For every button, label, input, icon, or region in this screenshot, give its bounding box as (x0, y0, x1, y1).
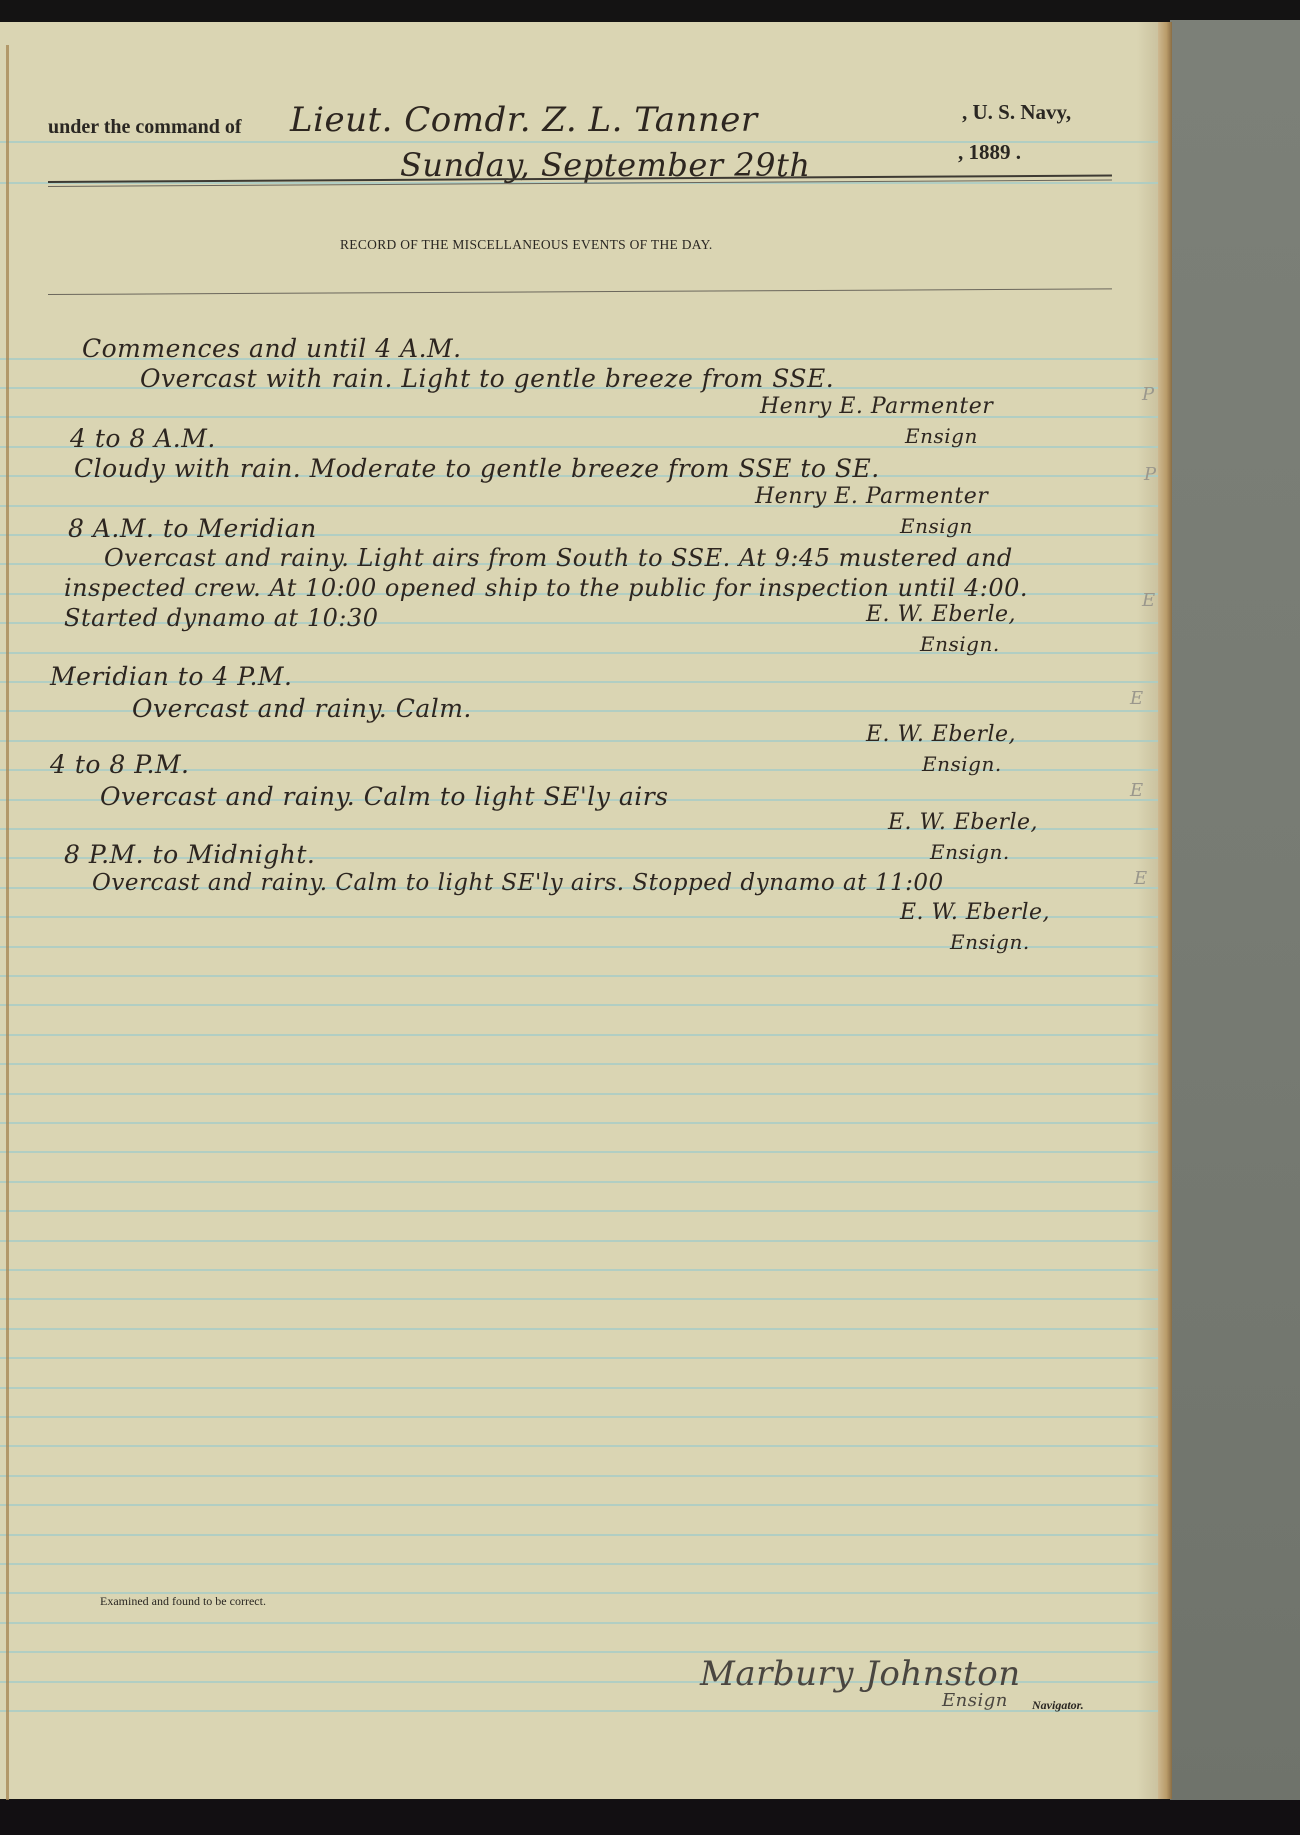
ruled-line (0, 1563, 1158, 1565)
margin-mark: P (1142, 384, 1154, 405)
entry-text: Cloudy with rain. Moderate to gentle bre… (74, 454, 880, 483)
officer-rank: Ensign. (920, 632, 1000, 656)
section-divider (48, 288, 1112, 295)
scan-bottom-border (0, 1800, 1300, 1835)
ruled-line (0, 1328, 1158, 1330)
ruled-line (0, 1034, 1158, 1036)
watch-heading: 8 A.M. to Meridian (68, 514, 317, 543)
entry-text: Started dynamo at 10:30 (64, 604, 378, 632)
entry-text: Overcast and rainy. Light airs from Sout… (104, 544, 1013, 572)
examined-label: Examined and found to be correct. (100, 1594, 266, 1609)
ruled-line (0, 1269, 1158, 1271)
entry-text: Overcast with rain. Light to gentle bree… (140, 364, 834, 393)
watch-heading: 8 P.M. to Midnight. (64, 840, 315, 869)
watch-heading: Commences and until 4 A.M. (82, 334, 462, 363)
page-left-edge (6, 45, 9, 1800)
scan-top-border (0, 0, 1300, 22)
ruled-line (0, 1387, 1158, 1389)
watch-heading: 4 to 8 A.M. (70, 424, 216, 453)
officer-rank: Ensign (900, 514, 973, 538)
command-prefix-label: under the command of (48, 116, 242, 139)
margin-mark: E (1142, 590, 1155, 611)
scan-backing-board (1170, 20, 1300, 1802)
entry-text: Overcast and rainy. Calm. (132, 694, 472, 723)
year-label: , 1889 . (958, 140, 1021, 165)
navigator-rank: Ensign (942, 1690, 1008, 1711)
ruled-line (0, 1210, 1158, 1212)
officer-rank: Ensign. (950, 930, 1030, 954)
ruled-line (0, 1004, 1158, 1006)
ruled-line (0, 1504, 1158, 1506)
ruled-line (0, 1651, 1158, 1653)
officer-signature: Henry E. Parmenter (755, 484, 988, 509)
officer-signature: E. W. Eberle, (888, 810, 1038, 835)
margin-mark: P (1144, 464, 1156, 485)
navigator-signature: Marbury Johnston (700, 1654, 1021, 1694)
ruled-line (0, 1416, 1158, 1418)
ruled-line (0, 1151, 1158, 1153)
ruled-line (0, 1357, 1158, 1359)
ruled-line (0, 1445, 1158, 1447)
watch-heading: 4 to 8 P.M. (50, 750, 190, 779)
page-right-edge (1158, 22, 1172, 1799)
section-title: RECORD OF THE MISCELLANEOUS EVENTS OF TH… (340, 237, 713, 253)
ruled-line (0, 1240, 1158, 1242)
ruled-line (0, 975, 1158, 977)
margin-mark: E (1130, 688, 1143, 709)
officer-rank: Ensign. (922, 752, 1002, 776)
ruled-line (0, 1181, 1158, 1183)
officer-rank: Ensign (905, 424, 978, 448)
watch-heading: Meridian to 4 P.M. (50, 662, 292, 691)
officer-signature: E. W. Eberle, (866, 602, 1016, 627)
ruled-line (0, 1622, 1158, 1624)
ruled-line (0, 1093, 1158, 1095)
entry-text: inspected crew. At 10:00 opened ship to … (64, 574, 1028, 602)
entry-text: Overcast and rainy. Calm to light SE'ly … (92, 870, 944, 896)
service-label: , U. S. Navy, (962, 100, 1071, 125)
entry-text: Overcast and rainy. Calm to light SE'ly … (100, 782, 669, 811)
margin-mark: E (1134, 868, 1147, 889)
ruled-line (0, 1475, 1158, 1477)
officer-signature: E. W. Eberle, (900, 900, 1050, 925)
ruled-line (0, 1534, 1158, 1536)
officer-rank: Ensign. (930, 840, 1010, 864)
logbook-page: under the command of Lieut. Comdr. Z. L.… (0, 22, 1172, 1799)
officer-signature: Henry E. Parmenter (760, 394, 993, 419)
navigator-label: Navigator. (1032, 1698, 1084, 1713)
commander-name: Lieut. Comdr. Z. L. Tanner (290, 100, 758, 140)
ruled-line (0, 1298, 1158, 1300)
margin-mark: E (1130, 780, 1143, 801)
ruled-line (0, 1063, 1158, 1065)
ruled-line (0, 1122, 1158, 1124)
officer-signature: E. W. Eberle, (866, 722, 1016, 747)
